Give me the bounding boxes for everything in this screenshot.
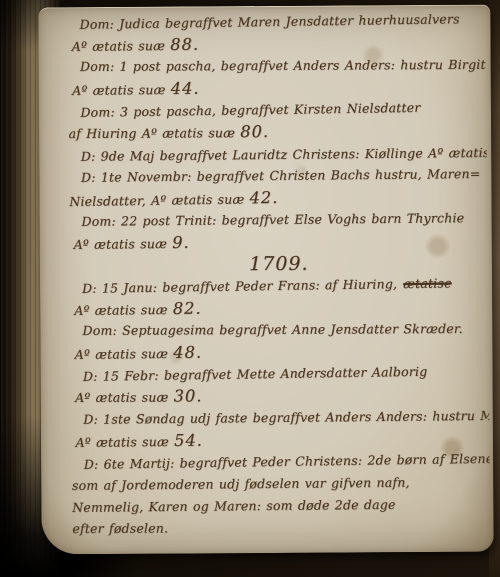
manuscript-line: efter fødselen. <box>72 516 490 540</box>
age-number: 9. <box>172 233 190 252</box>
page-surface: Dom: Judica begraffvet Maren Jensdatter … <box>38 5 493 555</box>
struck-word: ætatise <box>403 275 452 291</box>
age-number: 80. <box>240 122 269 141</box>
age-number: 54. <box>174 431 203 450</box>
age-number: 44. <box>171 79 200 98</box>
age-number: 30. <box>174 386 203 405</box>
age-number: 82. <box>173 299 202 318</box>
age-number: 42. <box>249 188 278 207</box>
manuscript-line: af Hiuring Aº ætatis suæ 80. <box>69 120 487 144</box>
manuscript-line: Nemmelig, Karen og Maren: som døde 2de d… <box>72 493 490 519</box>
manuscript-line: Aº ætatis suæ 30. <box>75 384 489 408</box>
manuscript-text: Dom: Judica begraffvet Maren Jensdatter … <box>67 9 490 551</box>
age-number: 48. <box>173 343 202 362</box>
age-number: 88. <box>170 35 199 54</box>
photo-frame: Dom: Judica begraffvet Maren Jensdatter … <box>0 0 500 577</box>
manuscript-line: Dom: Septuagesima begraffvet Anne Jensda… <box>82 318 488 342</box>
manuscript-line: Dom: 1 post pascha, begraffvet Anders An… <box>80 54 486 78</box>
manuscript-line: Aº ætatis suæ 9. <box>74 229 488 255</box>
manuscript-line: D: 1ste Søndag udj faste begraffvet Ande… <box>83 405 489 431</box>
